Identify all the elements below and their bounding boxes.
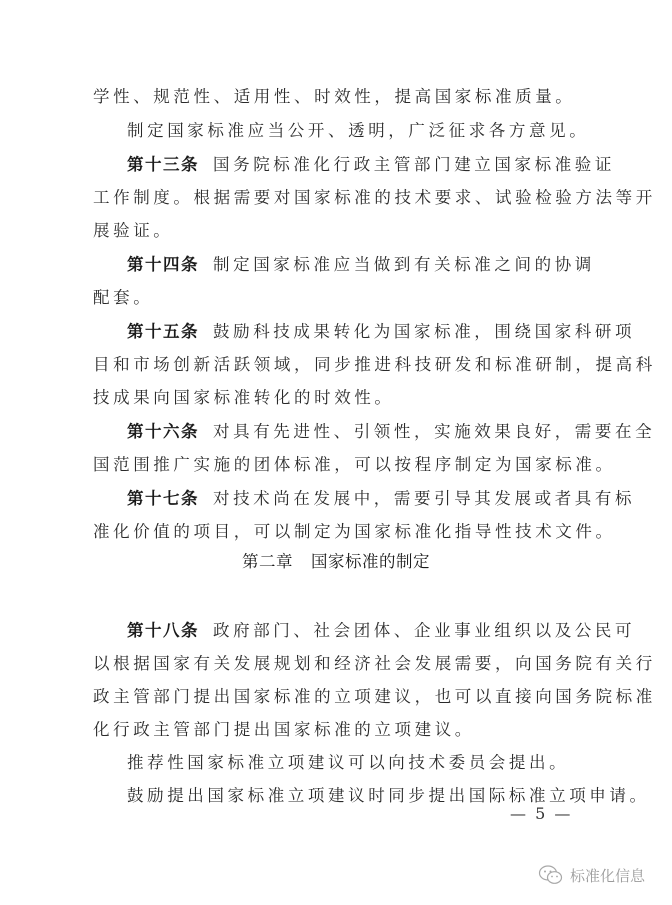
article-text: 对具有先进性、引领性，实施效果良好，需要在全 [213, 422, 655, 441]
wechat-icon [538, 864, 564, 886]
paragraph-line: 政主管部门提出国家标准的立项建议，也可以直接向国务院标准 [93, 686, 583, 708]
article-label: 第十七条 [127, 489, 199, 508]
article-14: 第十四条制定国家标准应当做到有关标准之间的协调 [127, 254, 617, 276]
paragraph-line: 推荐性国家标准立项建议可以向技术委员会提出。 [127, 752, 617, 774]
paragraph-line: 国范围推广实施的团体标准，可以按程序制定为国家标准。 [93, 454, 583, 476]
article-13: 第十三条国务院标准化行政主管部门建立国家标准验证 [127, 154, 617, 176]
article-18: 第十八条政府部门、社会团体、企业事业组织以及公民可 [127, 620, 617, 642]
article-text: 对技术尚在发展中，需要引导其发展或者具有标 [213, 489, 635, 508]
chapter-title: 国家标准的制定 [311, 552, 430, 571]
article-label: 第十三条 [127, 155, 199, 174]
page-number: — 5 — [510, 804, 572, 824]
article-16: 第十六条对具有先进性、引领性，实施效果良好，需要在全 [127, 421, 617, 443]
article-label: 第十八条 [127, 621, 199, 640]
source-watermark: 标准化信息 [538, 862, 645, 888]
article-label: 第十五条 [127, 322, 199, 341]
article-text: 政府部门、社会团体、企业事业组织以及公民可 [213, 621, 635, 640]
article-text: 国务院标准化行政主管部门建立国家标准验证 [213, 155, 615, 174]
paragraph-line: 目和市场创新活跃领域，同步推进科技研发和标准研制，提高科 [93, 354, 583, 376]
article-text: 鼓励科技成果转化为国家标准，围绕国家科研项 [213, 322, 635, 341]
paragraph-line: 制定国家标准应当公开、透明，广泛征求各方意见。 [127, 120, 617, 142]
article-text: 制定国家标准应当做到有关标准之间的协调 [213, 255, 595, 274]
paragraph-line: 化行政主管部门提出国家标准的立项建议。 [93, 719, 583, 741]
chapter-number: 第二章 [242, 552, 293, 571]
paragraph-line: 工作制度。根据需要对国家标准的技术要求、试验检验方法等开 [93, 187, 583, 209]
article-label: 第十四条 [127, 255, 199, 274]
paragraph-line: 以根据国家有关发展规划和经济社会发展需要，向国务院有关行 [93, 653, 583, 675]
document-page: 学性、规范性、适用性、时效性，提高国家标准质量。 制定国家标准应当公开、透明，广… [0, 0, 672, 905]
chapter-heading: 第二章国家标准的制定 [0, 551, 672, 573]
paragraph-line: 技成果向国家标准转化的时效性。 [93, 387, 583, 409]
paragraph-line: 学性、规范性、适用性、时效性，提高国家标准质量。 [93, 86, 583, 108]
article-label: 第十六条 [127, 422, 199, 441]
article-15: 第十五条鼓励科技成果转化为国家标准，围绕国家科研项 [127, 321, 617, 343]
article-17: 第十七条对技术尚在发展中，需要引导其发展或者具有标 [127, 488, 617, 510]
paragraph-line: 准化价值的项目，可以制定为国家标准化指导性技术文件。 [93, 521, 583, 543]
paragraph-line: 配套。 [93, 287, 583, 309]
paragraph-line: 展验证。 [93, 220, 583, 242]
watermark-text: 标准化信息 [570, 865, 645, 886]
